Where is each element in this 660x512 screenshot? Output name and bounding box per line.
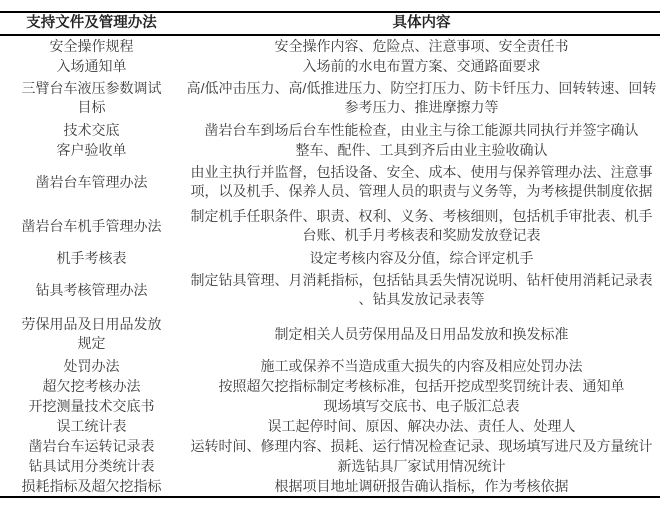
content-cell: 整车、配件、工具到齐后由业主验收确认 [183,140,660,160]
content-cell: 安全操作内容、危险点、注意事项、安全责任书 [183,35,660,56]
doc-cell: 超欠挖考核办法 [0,376,183,396]
table-head: 支持文件及管理办法 具体内容 [0,12,660,35]
content-cell: 制定钻具管理、月消耗指标，包括钻具丢失情况说明、钻杆使用消耗记录表、钻具发放记录… [183,268,660,312]
table-header-row: 支持文件及管理办法 具体内容 [0,12,660,35]
table-row: 钻具考核管理办法 制定钻具管理、月消耗指标，包括钻具丢失情况说明、钻杆使用消耗记… [0,268,660,312]
table-row: 机手考核表 设定考核内容及分值，综合评定机手 [0,248,660,268]
doc-cell: 误工统计表 [0,416,183,436]
table-row: 入场通知单 入场前的水电布置方案、交通路面要求 [0,56,660,76]
document-page: 支持文件及管理办法 具体内容 安全操作规程 安全操作内容、危险点、注意事项、安全… [0,0,660,498]
content-cell: 施工或保养不当造成重大损失的内容及相应处罚办法 [183,356,660,376]
doc-cell: 凿岩台车运转记录表 [0,436,183,456]
table-row: 三臂台车液压参数调试目标 高/低冲击压力、高/低推进压力、防空打压力、防卡钎压力… [0,76,660,120]
column-header-doc: 支持文件及管理办法 [0,12,183,35]
content-cell: 新选钻具厂家试用情况统计 [183,456,660,476]
content-cell: 由业主执行并监督，包括设备、安全、成本、使用与保养管理办法、注意事项，以及机手、… [183,160,660,204]
doc-cell: 三臂台车液压参数调试目标 [0,76,183,120]
content-cell: 高/低冲击压力、高/低推进压力、防空打压力、防卡钎压力、回转转速、回转参考压力、… [183,76,660,120]
doc-cell: 开挖测量技术交底书 [0,396,183,416]
content-cell: 现场填写交底书、电子版汇总表 [183,396,660,416]
content-cell: 误工起停时间、原因、解决办法、责任人、处理人 [183,416,660,436]
content-cell: 按照超欠挖指标制定考核标准，包括开挖成型奖罚统计表、通知单 [183,376,660,396]
doc-cell: 钻具考核管理办法 [0,268,183,312]
table-row: 处罚办法 施工或保养不当造成重大损失的内容及相应处罚办法 [0,356,660,376]
doc-cell: 客户验收单 [0,140,183,160]
doc-cell: 机手考核表 [0,248,183,268]
table-body: 安全操作规程 安全操作内容、危险点、注意事项、安全责任书 入场通知单 入场前的水… [0,35,660,497]
column-header-content: 具体内容 [183,12,660,35]
content-cell: 制定机手任职条件、职责、权利、义务、考核细则，包括机手审批表、机手台账、机手月考… [183,204,660,248]
support-documents-table: 支持文件及管理办法 具体内容 安全操作规程 安全操作内容、危险点、注意事项、安全… [0,11,660,498]
table-row: 客户验收单 整车、配件、工具到齐后由业主验收确认 [0,140,660,160]
table-row: 开挖测量技术交底书 现场填写交底书、电子版汇总表 [0,396,660,416]
table-row: 技术交底 凿岩台车到场后台车性能检查，由业主与徐工能源共同执行并签字确认 [0,120,660,140]
table-row: 误工统计表 误工起停时间、原因、解决办法、责任人、处理人 [0,416,660,436]
table-row: 劳保用品及日用品发放规定 制定相关人员劳保用品及日用品发放和换发标准 [0,312,660,356]
table-row: 凿岩台车机手管理办法 制定机手任职条件、职责、权利、义务、考核细则，包括机手审批… [0,204,660,248]
doc-cell: 处罚办法 [0,356,183,376]
table-row: 凿岩台车运转记录表 运转时间、修理内容、损耗、运行情况检查记录、现场填写进尺及方… [0,436,660,456]
doc-cell: 安全操作规程 [0,35,183,56]
doc-cell: 劳保用品及日用品发放规定 [0,312,183,356]
table-row: 安全操作规程 安全操作内容、危险点、注意事项、安全责任书 [0,35,660,56]
table-row: 超欠挖考核办法 按照超欠挖指标制定考核标准，包括开挖成型奖罚统计表、通知单 [0,376,660,396]
content-cell: 制定相关人员劳保用品及日用品发放和换发标准 [183,312,660,356]
doc-cell: 钻具试用分类统计表 [0,456,183,476]
content-cell: 运转时间、修理内容、损耗、运行情况检查记录、现场填写进尺及方量统计 [183,436,660,456]
table-row: 钻具试用分类统计表 新选钻具厂家试用情况统计 [0,456,660,476]
table-row: 凿岩台车管理办法 由业主执行并监督，包括设备、安全、成本、使用与保养管理办法、注… [0,160,660,204]
content-cell: 凿岩台车到场后台车性能检查，由业主与徐工能源共同执行并签字确认 [183,120,660,140]
doc-cell: 技术交底 [0,120,183,140]
doc-cell: 损耗指标及超欠挖指标 [0,476,183,497]
doc-cell: 凿岩台车管理办法 [0,160,183,204]
content-cell: 设定考核内容及分值，综合评定机手 [183,248,660,268]
content-cell: 入场前的水电布置方案、交通路面要求 [183,56,660,76]
table-row: 损耗指标及超欠挖指标 根据项目地址调研报告确认指标，作为考核依据 [0,476,660,497]
doc-cell: 入场通知单 [0,56,183,76]
doc-cell: 凿岩台车机手管理办法 [0,204,183,248]
content-cell: 根据项目地址调研报告确认指标，作为考核依据 [183,476,660,497]
